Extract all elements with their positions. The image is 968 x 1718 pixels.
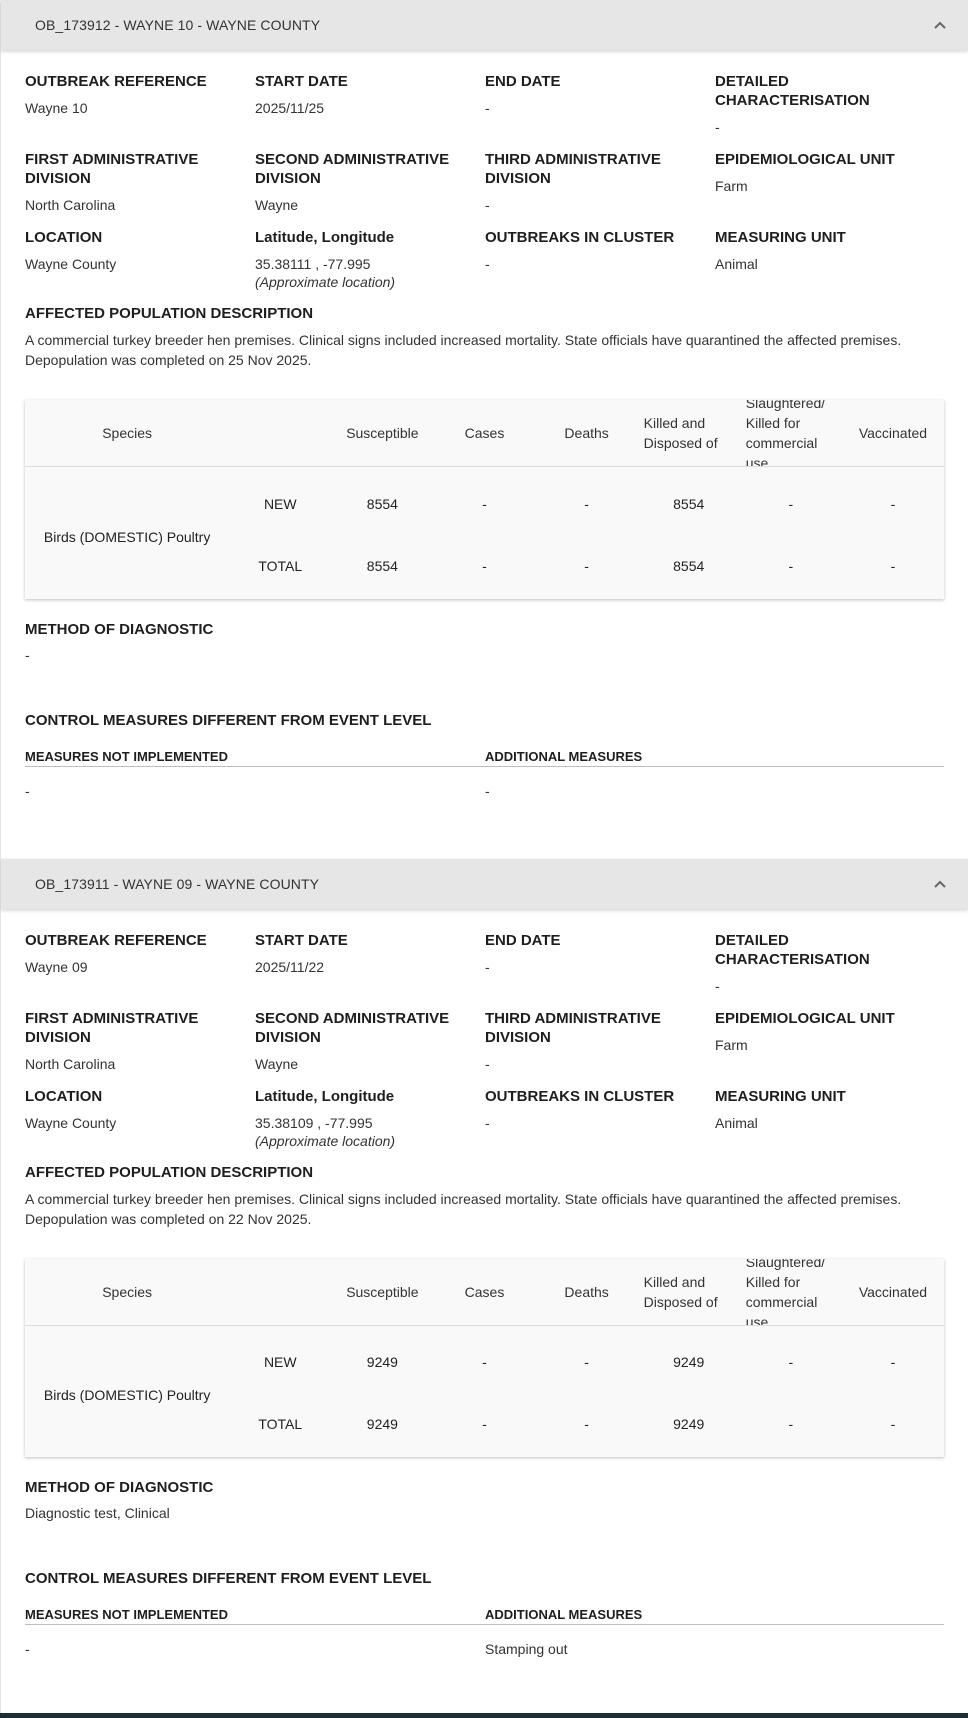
field-label: END DATE <box>485 72 715 91</box>
species-cell: Birds (DOMESTIC) Poultry <box>25 467 229 599</box>
cell-vaccinated: - <box>842 467 944 533</box>
col-killed-disposed: Killed and Disposed of <box>638 400 740 467</box>
cell-killed: 8554 <box>638 533 740 599</box>
table-row: Birds (DOMESTIC) Poultry NEW 9249 - - 92… <box>25 1325 944 1391</box>
field-value: Wayne 10 <box>25 99 255 117</box>
col-row-label <box>229 1259 331 1326</box>
chevron-up-icon[interactable] <box>932 17 948 33</box>
field-detailed-characterisation: DETAILED CHARACTERISATION - <box>715 72 945 136</box>
row-label: TOTAL <box>229 533 331 599</box>
col-vaccinated: Vaccinated <box>842 1259 944 1326</box>
outbreak-details: OUTBREAK REFERENCE Wayne 09 START DATE 2… <box>1 909 968 1718</box>
field-first-admin-division: FIRST ADMINISTRATIVE DIVISION North Caro… <box>25 1009 255 1073</box>
method-of-diagnostic-title: METHOD OF DIAGNOSTIC <box>25 621 944 638</box>
cell-deaths: - <box>536 467 638 533</box>
cell-killed: 8554 <box>638 467 740 533</box>
field-epidemiological-unit: EPIDEMIOLOGICAL UNIT Farm <box>715 1009 945 1073</box>
chevron-up-icon[interactable] <box>932 876 948 892</box>
table-header-row: Species Susceptible Cases Deaths Killed … <box>25 400 944 467</box>
control-measures-title: CONTROL MEASURES DIFFERENT FROM EVENT LE… <box>25 1570 944 1587</box>
field-measuring-unit: MEASURING UNIT Animal <box>715 228 945 291</box>
col-cases: Cases <box>433 400 535 467</box>
field-label: EPIDEMIOLOGICAL UNIT <box>715 150 945 169</box>
col-species: Species <box>25 1259 229 1326</box>
affected-population-title: AFFECTED POPULATION DESCRIPTION <box>25 305 944 322</box>
col-susceptible: Susceptible <box>331 400 433 467</box>
measures-not-implemented-label: MEASURES NOT IMPLEMENTED <box>25 1607 485 1622</box>
outbreak-panel: OB_173912 - WAYNE 10 - WAYNE COUNTY OUTB… <box>1 0 968 859</box>
table-header-row: Species Susceptible Cases Deaths Killed … <box>25 1259 944 1326</box>
field-outbreak-reference: OUTBREAK REFERENCE Wayne 10 <box>25 72 255 136</box>
measures-not-implemented-label: MEASURES NOT IMPLEMENTED <box>25 749 485 764</box>
additional-measures-label: ADDITIONAL MEASURES <box>485 1607 945 1622</box>
field-value: - <box>715 977 945 995</box>
outbreak-list: OB_173912 - WAYNE 10 - WAYNE COUNTY OUTB… <box>0 0 968 1717</box>
cell-slaughtered: - <box>740 1325 842 1391</box>
table-row: Birds (DOMESTIC) Poultry NEW 8554 - - 85… <box>25 467 944 533</box>
field-label: DETAILED CHARACTERISATION <box>715 72 945 110</box>
field-value: 35.38111 , -77.995 <box>255 255 485 273</box>
field-value: 2025/11/22 <box>255 958 485 976</box>
field-label: START DATE <box>255 931 485 950</box>
field-value: Wayne <box>255 1055 485 1073</box>
col-deaths: Deaths <box>536 1259 638 1326</box>
field-end-date: END DATE - <box>485 72 715 136</box>
field-label: Latitude, Longitude <box>255 1087 485 1106</box>
field-value: Farm <box>715 177 945 195</box>
field-value: - <box>485 1114 715 1132</box>
field-label: Latitude, Longitude <box>255 228 485 247</box>
cell-vaccinated: - <box>842 1391 944 1457</box>
affected-population-title: AFFECTED POPULATION DESCRIPTION <box>25 1164 944 1181</box>
field-second-admin-division: SECOND ADMINISTRATIVE DIVISION Wayne <box>255 1009 485 1073</box>
additional-measures-value: - <box>485 783 945 799</box>
species-cell: Birds (DOMESTIC) Poultry <box>25 1325 229 1457</box>
bottom-bar <box>0 1713 968 1718</box>
field-measuring-unit: MEASURING UNIT Animal <box>715 1087 945 1150</box>
cell-deaths: - <box>536 1325 638 1391</box>
measures-not-implemented-value: - <box>25 783 485 799</box>
method-of-diagnostic-value: Diagnostic test, Clinical <box>25 1504 944 1522</box>
population-table: Species Susceptible Cases Deaths Killed … <box>25 400 944 599</box>
field-third-admin-division: THIRD ADMINISTRATIVE DIVISION - <box>485 150 715 214</box>
field-label: FIRST ADMINISTRATIVE DIVISION <box>25 150 255 188</box>
affected-population-description: A commercial turkey breeder hen premises… <box>25 330 944 370</box>
field-outbreaks-in-cluster: OUTBREAKS IN CLUSTER - <box>485 1087 715 1150</box>
field-start-date: START DATE 2025/11/22 <box>255 931 485 995</box>
field-label: LOCATION <box>25 1087 255 1106</box>
panel-spacer <box>25 799 944 859</box>
measures-header: MEASURES NOT IMPLEMENTED ADDITIONAL MEAS… <box>25 1607 944 1625</box>
measures-values: - Stamping out <box>25 1625 944 1657</box>
cell-deaths: - <box>536 1391 638 1457</box>
cell-slaughtered: - <box>740 467 842 533</box>
cell-killed: 9249 <box>638 1325 740 1391</box>
field-label: LOCATION <box>25 228 255 247</box>
field-label: FIRST ADMINISTRATIVE DIVISION <box>25 1009 255 1047</box>
measures-not-implemented-value: - <box>25 1641 485 1657</box>
col-slaughtered: Slaughtered/ Killed for commercial use <box>740 400 842 467</box>
field-second-admin-division: SECOND ADMINISTRATIVE DIVISION Wayne <box>255 150 485 214</box>
field-value: - <box>485 255 715 273</box>
outbreak-panel-header[interactable]: OB_173911 - WAYNE 09 - WAYNE COUNTY <box>1 859 968 909</box>
field-label: OUTBREAK REFERENCE <box>25 931 255 950</box>
field-location: LOCATION Wayne County <box>25 228 255 291</box>
field-first-admin-division: FIRST ADMINISTRATIVE DIVISION North Caro… <box>25 150 255 214</box>
field-value: Animal <box>715 1114 945 1132</box>
col-slaughtered-label: Slaughtered/ Killed for commercial use <box>746 400 842 466</box>
cell-vaccinated: - <box>842 533 944 599</box>
outbreak-details: OUTBREAK REFERENCE Wayne 10 START DATE 2… <box>1 50 968 859</box>
affected-population-description: A commercial turkey breeder hen premises… <box>25 1189 944 1229</box>
field-label: START DATE <box>255 72 485 91</box>
cell-susceptible: 8554 <box>331 467 433 533</box>
col-row-label <box>229 400 331 467</box>
outbreak-title: OB_173911 - WAYNE 09 - WAYNE COUNTY <box>35 876 319 892</box>
field-value: Wayne <box>255 196 485 214</box>
field-label: SECOND ADMINISTRATIVE DIVISION <box>255 150 485 188</box>
row-label: TOTAL <box>229 1391 331 1457</box>
control-measures-title: CONTROL MEASURES DIFFERENT FROM EVENT LE… <box>25 712 944 729</box>
field-value: Wayne County <box>25 1114 255 1132</box>
field-value: - <box>485 1055 715 1073</box>
field-value: Wayne 09 <box>25 958 255 976</box>
method-of-diagnostic-title: METHOD OF DIAGNOSTIC <box>25 1479 944 1496</box>
field-end-date: END DATE - <box>485 931 715 995</box>
measures-values: - - <box>25 767 944 799</box>
approximate-location-note: (Approximate location) <box>255 273 485 291</box>
field-label: OUTBREAK REFERENCE <box>25 72 255 91</box>
field-outbreak-reference: OUTBREAK REFERENCE Wayne 09 <box>25 931 255 995</box>
cell-killed: 9249 <box>638 1391 740 1457</box>
field-label: OUTBREAKS IN CLUSTER <box>485 1087 715 1106</box>
cell-susceptible: 9249 <box>331 1391 433 1457</box>
field-label: THIRD ADMINISTRATIVE DIVISION <box>485 1009 715 1047</box>
col-cases: Cases <box>433 1259 535 1326</box>
cell-cases: - <box>433 1325 535 1391</box>
measures-header: MEASURES NOT IMPLEMENTED ADDITIONAL MEAS… <box>25 749 944 767</box>
outbreak-panel: OB_173911 - WAYNE 09 - WAYNE COUNTY OUTB… <box>1 859 968 1718</box>
field-label: SECOND ADMINISTRATIVE DIVISION <box>255 1009 485 1047</box>
field-label: OUTBREAKS IN CLUSTER <box>485 228 715 247</box>
field-lat-long: Latitude, Longitude 35.38111 , -77.995 (… <box>255 228 485 291</box>
field-value: Animal <box>715 255 945 273</box>
field-value: 35.38109 , -77.995 <box>255 1114 485 1132</box>
field-value: North Carolina <box>25 1055 255 1073</box>
row-label: NEW <box>229 1325 331 1391</box>
field-value: 2025/11/25 <box>255 99 485 117</box>
field-epidemiological-unit: EPIDEMIOLOGICAL UNIT Farm <box>715 150 945 214</box>
col-slaughtered: Slaughtered/ Killed for commercial use <box>740 1259 842 1326</box>
field-label: MEASURING UNIT <box>715 1087 945 1106</box>
panel-spacer <box>25 1657 944 1717</box>
field-value: - <box>485 99 715 117</box>
field-location: LOCATION Wayne County <box>25 1087 255 1150</box>
col-killed-disposed: Killed and Disposed of <box>638 1259 740 1326</box>
field-value: Wayne County <box>25 255 255 273</box>
field-start-date: START DATE 2025/11/25 <box>255 72 485 136</box>
cell-cases: - <box>433 1391 535 1457</box>
field-label: EPIDEMIOLOGICAL UNIT <box>715 1009 945 1028</box>
cell-slaughtered: - <box>740 1391 842 1457</box>
field-lat-long: Latitude, Longitude 35.38109 , -77.995 (… <box>255 1087 485 1150</box>
outbreak-title: OB_173912 - WAYNE 10 - WAYNE COUNTY <box>35 17 320 33</box>
cell-cases: - <box>433 467 535 533</box>
details-grid: OUTBREAK REFERENCE Wayne 10 START DATE 2… <box>25 72 944 305</box>
approximate-location-note: (Approximate location) <box>255 1132 485 1150</box>
cell-susceptible: 8554 <box>331 533 433 599</box>
cell-susceptible: 9249 <box>331 1325 433 1391</box>
field-outbreaks-in-cluster: OUTBREAKS IN CLUSTER - <box>485 228 715 291</box>
col-slaughtered-label: Slaughtered/ Killed for commercial use <box>746 1259 842 1325</box>
field-value: - <box>715 118 945 136</box>
field-value: - <box>485 196 715 214</box>
additional-measures-value: Stamping out <box>485 1641 945 1657</box>
field-third-admin-division: THIRD ADMINISTRATIVE DIVISION - <box>485 1009 715 1073</box>
col-susceptible: Susceptible <box>331 1259 433 1326</box>
col-species: Species <box>25 400 229 467</box>
field-value: - <box>485 958 715 976</box>
method-of-diagnostic-value: - <box>25 646 944 664</box>
field-label: DETAILED CHARACTERISATION <box>715 931 945 969</box>
row-label: NEW <box>229 467 331 533</box>
field-value: North Carolina <box>25 196 255 214</box>
population-table: Species Susceptible Cases Deaths Killed … <box>25 1259 944 1458</box>
cell-slaughtered: - <box>740 533 842 599</box>
cell-vaccinated: - <box>842 1325 944 1391</box>
cell-cases: - <box>433 533 535 599</box>
field-value: Farm <box>715 1036 945 1054</box>
field-label: MEASURING UNIT <box>715 228 945 247</box>
cell-deaths: - <box>536 533 638 599</box>
additional-measures-label: ADDITIONAL MEASURES <box>485 749 945 764</box>
col-vaccinated: Vaccinated <box>842 400 944 467</box>
field-detailed-characterisation: DETAILED CHARACTERISATION - <box>715 931 945 995</box>
col-deaths: Deaths <box>536 400 638 467</box>
field-label: END DATE <box>485 931 715 950</box>
details-grid: OUTBREAK REFERENCE Wayne 09 START DATE 2… <box>25 931 944 1164</box>
field-label: THIRD ADMINISTRATIVE DIVISION <box>485 150 715 188</box>
outbreak-panel-header[interactable]: OB_173912 - WAYNE 10 - WAYNE COUNTY <box>1 0 968 50</box>
